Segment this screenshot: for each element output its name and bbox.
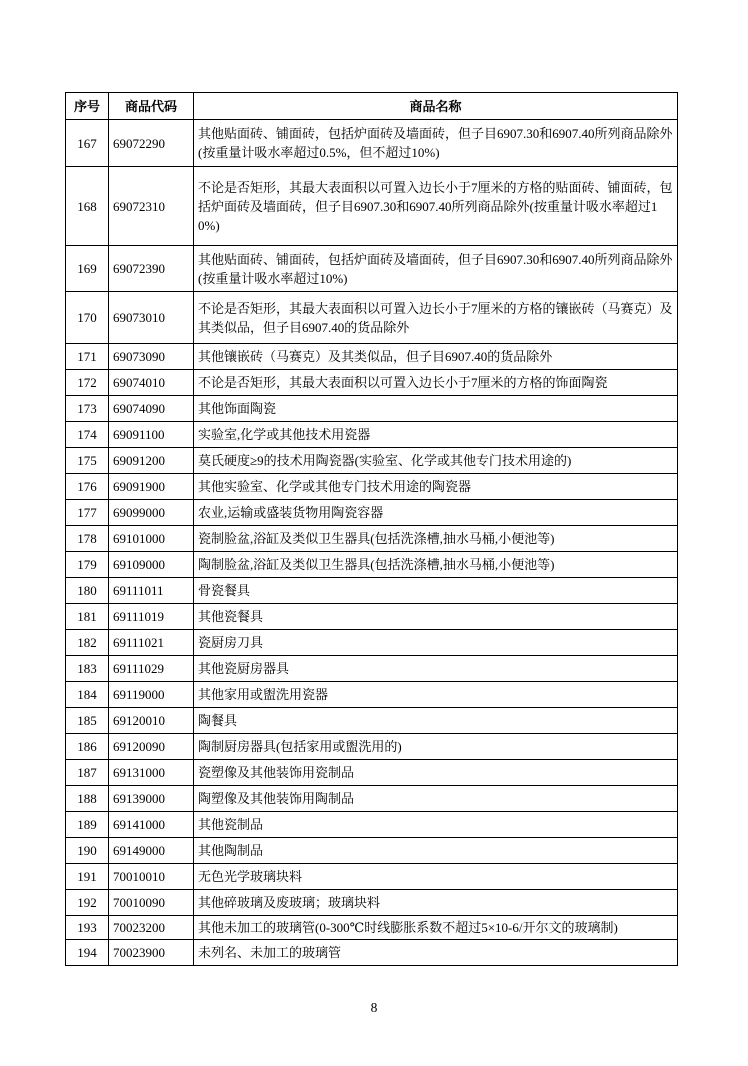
table-row: 181 69111019 其他瓷餐具 xyxy=(66,604,678,630)
product-name-cell: 陶制脸盆,浴缸及类似卫生器具(包括洗涤槽,抽水马桶,小便池等) xyxy=(194,552,678,578)
product-code-cell: 69073090 xyxy=(109,344,194,370)
product-code-cell: 69099000 xyxy=(109,500,194,526)
product-name-cell: 其他瓷制品 xyxy=(194,812,678,838)
row-number-cell: 175 xyxy=(66,448,109,474)
row-number-cell: 182 xyxy=(66,630,109,656)
product-name-cell: 其他饰面陶瓷 xyxy=(194,396,678,422)
row-number-cell: 168 xyxy=(66,167,109,246)
product-code-cell: 69111019 xyxy=(109,604,194,630)
document-page: 序号 商品代码 商品名称 167 69072290 其他贴面砖、铺面砖，包括炉面… xyxy=(0,0,748,1066)
product-code-cell: 69072310 xyxy=(109,167,194,246)
product-code-cell: 69139000 xyxy=(109,786,194,812)
product-name-cell: 其他未加工的玻璃管(0-300℃时线膨胀系数不超过5×10-6/开尔文的玻璃制) xyxy=(194,916,678,940)
table-row: 177 69099000 农业,运输或盛装货物用陶瓷容器 xyxy=(66,500,678,526)
table-row: 175 69091200 莫氏硬度≥9的技术用陶瓷器(实验室、化学或其他专门技术… xyxy=(66,448,678,474)
header-cell-code: 商品代码 xyxy=(109,93,194,120)
table-row: 171 69073090 其他镶嵌砖（马赛克）及其类似品，但子目6907.40的… xyxy=(66,344,678,370)
product-code-cell: 70010010 xyxy=(109,864,194,890)
products-table: 序号 商品代码 商品名称 167 69072290 其他贴面砖、铺面砖，包括炉面… xyxy=(65,92,678,966)
product-code-cell: 69120010 xyxy=(109,708,194,734)
product-code-cell: 69073010 xyxy=(109,292,194,344)
product-code-cell: 70010090 xyxy=(109,890,194,916)
product-code-cell: 70023900 xyxy=(109,940,194,966)
product-name-cell: 不论是否矩形，其最大表面积以可置入边长小于7厘米的方格的饰面陶瓷 xyxy=(194,370,678,396)
table-row: 179 69109000 陶制脸盆,浴缸及类似卫生器具(包括洗涤槽,抽水马桶,小… xyxy=(66,552,678,578)
product-name-cell: 陶塑像及其他装饰用陶制品 xyxy=(194,786,678,812)
row-number-cell: 189 xyxy=(66,812,109,838)
table-row: 180 69111011 骨瓷餐具 xyxy=(66,578,678,604)
table-row: 178 69101000 瓷制脸盆,浴缸及类似卫生器具(包括洗涤槽,抽水马桶,小… xyxy=(66,526,678,552)
product-name-cell: 农业,运输或盛装货物用陶瓷容器 xyxy=(194,500,678,526)
product-code-cell: 69109000 xyxy=(109,552,194,578)
row-number-cell: 179 xyxy=(66,552,109,578)
product-code-cell: 69149000 xyxy=(109,838,194,864)
product-code-cell: 69072290 xyxy=(109,120,194,167)
product-name-cell: 其他瓷餐具 xyxy=(194,604,678,630)
table-row: 176 69091900 其他实验室、化学或其他专门技术用途的陶瓷器 xyxy=(66,474,678,500)
table-row: 169 69072390 其他贴面砖、铺面砖，包括炉面砖及墙面砖，但子目6907… xyxy=(66,246,678,292)
product-code-cell: 69091200 xyxy=(109,448,194,474)
product-name-cell: 其他实验室、化学或其他专门技术用途的陶瓷器 xyxy=(194,474,678,500)
product-name-cell: 瓷厨房刀具 xyxy=(194,630,678,656)
product-name-cell: 实验室,化学或其他技术用瓷器 xyxy=(194,422,678,448)
product-name-cell: 其他贴面砖、铺面砖，包括炉面砖及墙面砖，但子目6907.30和6907.40所列… xyxy=(194,246,678,292)
table-row: 187 69131000 瓷塑像及其他装饰用瓷制品 xyxy=(66,760,678,786)
table-row: 170 69073010 不论是否矩形，其最大表面积以可置入边长小于7厘米的方格… xyxy=(66,292,678,344)
product-name-cell: 陶制厨房器具(包括家用或盥洗用的) xyxy=(194,734,678,760)
product-name-cell: 瓷塑像及其他装饰用瓷制品 xyxy=(194,760,678,786)
product-code-cell: 69111021 xyxy=(109,630,194,656)
row-number-cell: 188 xyxy=(66,786,109,812)
row-number-cell: 183 xyxy=(66,656,109,682)
row-number-cell: 174 xyxy=(66,422,109,448)
page-number: 8 xyxy=(0,1000,748,1016)
table-row: 167 69072290 其他贴面砖、铺面砖，包括炉面砖及墙面砖，但子目6907… xyxy=(66,120,678,167)
product-code-cell: 69119000 xyxy=(109,682,194,708)
row-number-cell: 193 xyxy=(66,916,109,940)
table-row: 188 69139000 陶塑像及其他装饰用陶制品 xyxy=(66,786,678,812)
row-number-cell: 169 xyxy=(66,246,109,292)
product-name-cell: 不论是否矩形，其最大表面积以可置入边长小于7厘米的方格的镶嵌砖（马赛克）及其类似… xyxy=(194,292,678,344)
table-row: 192 70010090 其他碎玻璃及废玻璃；玻璃块料 xyxy=(66,890,678,916)
table-row: 168 69072310 不论是否矩形，其最大表面积以可置入边长小于7厘米的方格… xyxy=(66,167,678,246)
product-name-cell: 无色光学玻璃块料 xyxy=(194,864,678,890)
product-code-cell: 69101000 xyxy=(109,526,194,552)
product-name-cell: 其他镶嵌砖（马赛克）及其类似品，但子目6907.40的货品除外 xyxy=(194,344,678,370)
table-body: 167 69072290 其他贴面砖、铺面砖，包括炉面砖及墙面砖，但子目6907… xyxy=(66,120,678,966)
product-name-cell: 莫氏硬度≥9的技术用陶瓷器(实验室、化学或其他专门技术用途的) xyxy=(194,448,678,474)
row-number-cell: 172 xyxy=(66,370,109,396)
row-number-cell: 190 xyxy=(66,838,109,864)
row-number-cell: 184 xyxy=(66,682,109,708)
product-code-cell: 69131000 xyxy=(109,760,194,786)
table-row: 183 69111029 其他瓷厨房器具 xyxy=(66,656,678,682)
table-header: 序号 商品代码 商品名称 xyxy=(66,93,678,120)
product-code-cell: 69074010 xyxy=(109,370,194,396)
row-number-cell: 181 xyxy=(66,604,109,630)
header-cell-index: 序号 xyxy=(66,93,109,120)
table-row: 194 70023900 未列名、未加工的玻璃管 xyxy=(66,940,678,966)
row-number-cell: 185 xyxy=(66,708,109,734)
product-code-cell: 69091900 xyxy=(109,474,194,500)
row-number-cell: 180 xyxy=(66,578,109,604)
table-row: 193 70023200 其他未加工的玻璃管(0-300℃时线膨胀系数不超过5×… xyxy=(66,916,678,940)
product-code-cell: 69091100 xyxy=(109,422,194,448)
row-number-cell: 186 xyxy=(66,734,109,760)
header-row: 序号 商品代码 商品名称 xyxy=(66,93,678,120)
product-name-cell: 不论是否矩形，其最大表面积以可置入边长小于7厘米的方格的贴面砖、铺面砖，包括炉面… xyxy=(194,167,678,246)
table-row: 182 69111021 瓷厨房刀具 xyxy=(66,630,678,656)
table-row: 172 69074010 不论是否矩形，其最大表面积以可置入边长小于7厘米的方格… xyxy=(66,370,678,396)
product-code-cell: 69072390 xyxy=(109,246,194,292)
product-name-cell: 其他陶制品 xyxy=(194,838,678,864)
row-number-cell: 192 xyxy=(66,890,109,916)
row-number-cell: 171 xyxy=(66,344,109,370)
product-name-cell: 其他家用或盥洗用瓷器 xyxy=(194,682,678,708)
product-code-cell: 69141000 xyxy=(109,812,194,838)
product-name-cell: 未列名、未加工的玻璃管 xyxy=(194,940,678,966)
table-row: 191 70010010 无色光学玻璃块料 xyxy=(66,864,678,890)
header-cell-name: 商品名称 xyxy=(194,93,678,120)
product-code-cell: 69074090 xyxy=(109,396,194,422)
table-row: 186 69120090 陶制厨房器具(包括家用或盥洗用的) xyxy=(66,734,678,760)
product-name-cell: 其他贴面砖、铺面砖，包括炉面砖及墙面砖，但子目6907.30和6907.40所列… xyxy=(194,120,678,167)
row-number-cell: 173 xyxy=(66,396,109,422)
table-row: 185 69120010 陶餐具 xyxy=(66,708,678,734)
table-row: 173 69074090 其他饰面陶瓷 xyxy=(66,396,678,422)
row-number-cell: 191 xyxy=(66,864,109,890)
row-number-cell: 170 xyxy=(66,292,109,344)
product-code-cell: 69111029 xyxy=(109,656,194,682)
product-code-cell: 69120090 xyxy=(109,734,194,760)
row-number-cell: 176 xyxy=(66,474,109,500)
row-number-cell: 194 xyxy=(66,940,109,966)
product-name-cell: 瓷制脸盆,浴缸及类似卫生器具(包括洗涤槽,抽水马桶,小便池等) xyxy=(194,526,678,552)
table-row: 190 69149000 其他陶制品 xyxy=(66,838,678,864)
product-name-cell: 其他碎玻璃及废玻璃；玻璃块料 xyxy=(194,890,678,916)
row-number-cell: 177 xyxy=(66,500,109,526)
product-code-cell: 69111011 xyxy=(109,578,194,604)
row-number-cell: 187 xyxy=(66,760,109,786)
row-number-cell: 178 xyxy=(66,526,109,552)
row-number-cell: 167 xyxy=(66,120,109,167)
product-code-cell: 70023200 xyxy=(109,916,194,940)
product-name-cell: 骨瓷餐具 xyxy=(194,578,678,604)
table-row: 174 69091100 实验室,化学或其他技术用瓷器 xyxy=(66,422,678,448)
table-row: 184 69119000 其他家用或盥洗用瓷器 xyxy=(66,682,678,708)
product-name-cell: 陶餐具 xyxy=(194,708,678,734)
table-row: 189 69141000 其他瓷制品 xyxy=(66,812,678,838)
product-name-cell: 其他瓷厨房器具 xyxy=(194,656,678,682)
